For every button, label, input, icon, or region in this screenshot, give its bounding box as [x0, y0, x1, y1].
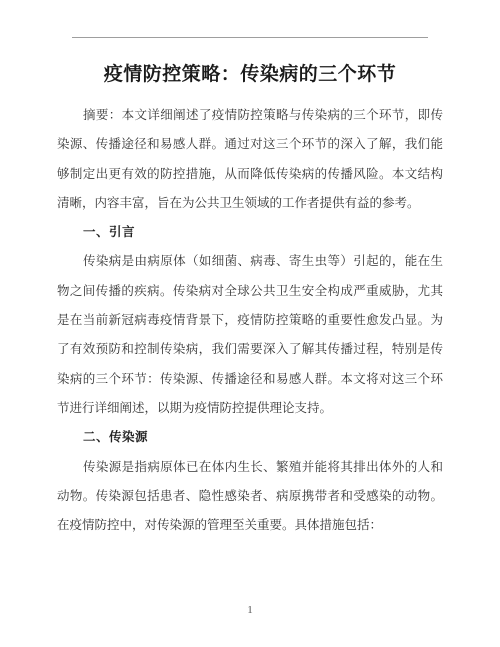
document-page: 疫情防控策略：传染病的三个环节 摘要：本文详细阐述了疫情防控策略与传染病的三个环… — [0, 0, 500, 647]
page-number: 1 — [0, 604, 500, 616]
body-line: 在疫情防控中，对传染源的管理至关重要。具体措施包括： — [57, 511, 443, 540]
abstract-line: 摘要：本文详细阐述了疫情防控策略与传染病的三个环节，即传 — [57, 101, 443, 130]
body-line: 物之间传播的疾病。传染病对全球公共卫生安全构成严重威胁，尤其 — [57, 277, 443, 306]
body-line: 是在当前新冠病毒疫情背景下，疫情防控策略的重要性愈发凸显。为 — [57, 306, 443, 335]
body-line: 了有效预防和控制传染病，我们需要深入了解其传播过程，特别是传 — [57, 335, 443, 364]
document-title: 疫情防控策略：传染病的三个环节 — [0, 61, 500, 89]
section-heading: 一、引言 — [57, 218, 443, 247]
body-line: 动物。传染源包括患者、隐性感染者、病原携带者和受感染的动物。 — [57, 482, 443, 511]
abstract-line: 够制定出更有效的防控措施，从而降低传染病的传播风险。本文结构 — [57, 160, 443, 189]
document-body: 摘要：本文详细阐述了疫情防控策略与传染病的三个环节，即传 染源、传播途径和易感人… — [57, 101, 443, 540]
abstract-line: 染源、传播途径和易感人群。通过对这三个环节的深入了解，我们能 — [57, 130, 443, 159]
abstract-line: 清晰，内容丰富，旨在为公共卫生领域的工作者提供有益的参考。 — [57, 189, 443, 218]
body-line: 节进行详细阐述，以期为疫情防控提供理论支持。 — [57, 394, 443, 423]
body-line: 传染源是指病原体已在体内生长、繁殖并能将其排出体外的人和 — [57, 453, 443, 482]
header-divider — [72, 37, 428, 38]
section-heading: 二、传染源 — [57, 423, 443, 452]
body-line: 传染病是由病原体（如细菌、病毒、寄生虫等）引起的，能在生 — [57, 247, 443, 276]
body-line: 染病的三个环节：传染源、传播途径和易感人群。本文将对这三个环 — [57, 365, 443, 394]
